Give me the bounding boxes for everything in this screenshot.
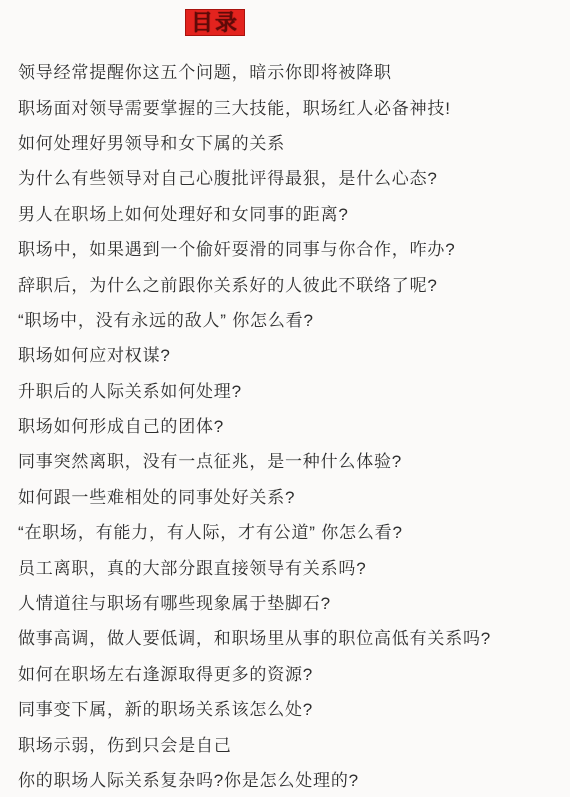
page-header: 目录 [0, 0, 570, 39]
toc-item: 同事变下属，新的职场关系该怎么处? [18, 690, 558, 725]
toc-item: 职场中，如果遇到一个偷奸耍滑的同事与你合作，咋办? [18, 230, 558, 265]
toc-item: 员工离职，真的大部分跟直接领导有关系吗? [18, 548, 558, 583]
toc-item: 男人在职场上如何处理好和女同事的距离? [18, 195, 558, 230]
toc-item: 为什么有些领导对自己心腹批评得最狠，是什么心态? [18, 159, 558, 194]
toc-item: 升职后的人际关系如何处理? [18, 372, 558, 407]
toc-item: 如何在职场左右逢源取得更多的资源? [18, 655, 558, 690]
toc-item: “在职场，有能力，有人际，才有公道” 你怎么看? [18, 513, 558, 548]
toc-item: 职场如何应对权谋? [18, 336, 558, 371]
toc-page: 目录 领导经常提醒你这五个问题，暗示你即将被降职 职场面对领导需要掌握的三大技能… [0, 0, 570, 797]
toc-list: 领导经常提醒你这五个问题，暗示你即将被降职 职场面对领导需要掌握的三大技能，职场… [0, 39, 570, 796]
toc-item: 如何跟一些难相处的同事处好关系? [18, 478, 558, 513]
toc-item: 职场示弱，伤到只会是自己 [18, 725, 558, 760]
toc-item: 职场面对领导需要掌握的三大技能，职场红人必备神技! [18, 88, 558, 123]
toc-item: 领导经常提醒你这五个问题，暗示你即将被降职 [18, 53, 558, 88]
toc-item: 你的职场人际关系复杂吗?你是怎么处理的? [18, 761, 558, 796]
toc-item: 辞职后，为什么之前跟你关系好的人彼此不联络了呢? [18, 265, 558, 300]
toc-item: 同事突然离职，没有一点征兆，是一种什么体验? [18, 442, 558, 477]
toc-item: “职场中，没有永远的敌人” 你怎么看? [18, 301, 558, 336]
toc-item: 如何处理好男领导和女下属的关系 [18, 124, 558, 159]
toc-item: 人情道往与职场有哪些现象属于垫脚石? [18, 584, 558, 619]
toc-item: 做事高调，做人要低调，和职场里从事的职位高低有关系吗? [18, 619, 558, 654]
toc-item: 职场如何形成自己的团体? [18, 407, 558, 442]
page-title: 目录 [185, 9, 245, 36]
